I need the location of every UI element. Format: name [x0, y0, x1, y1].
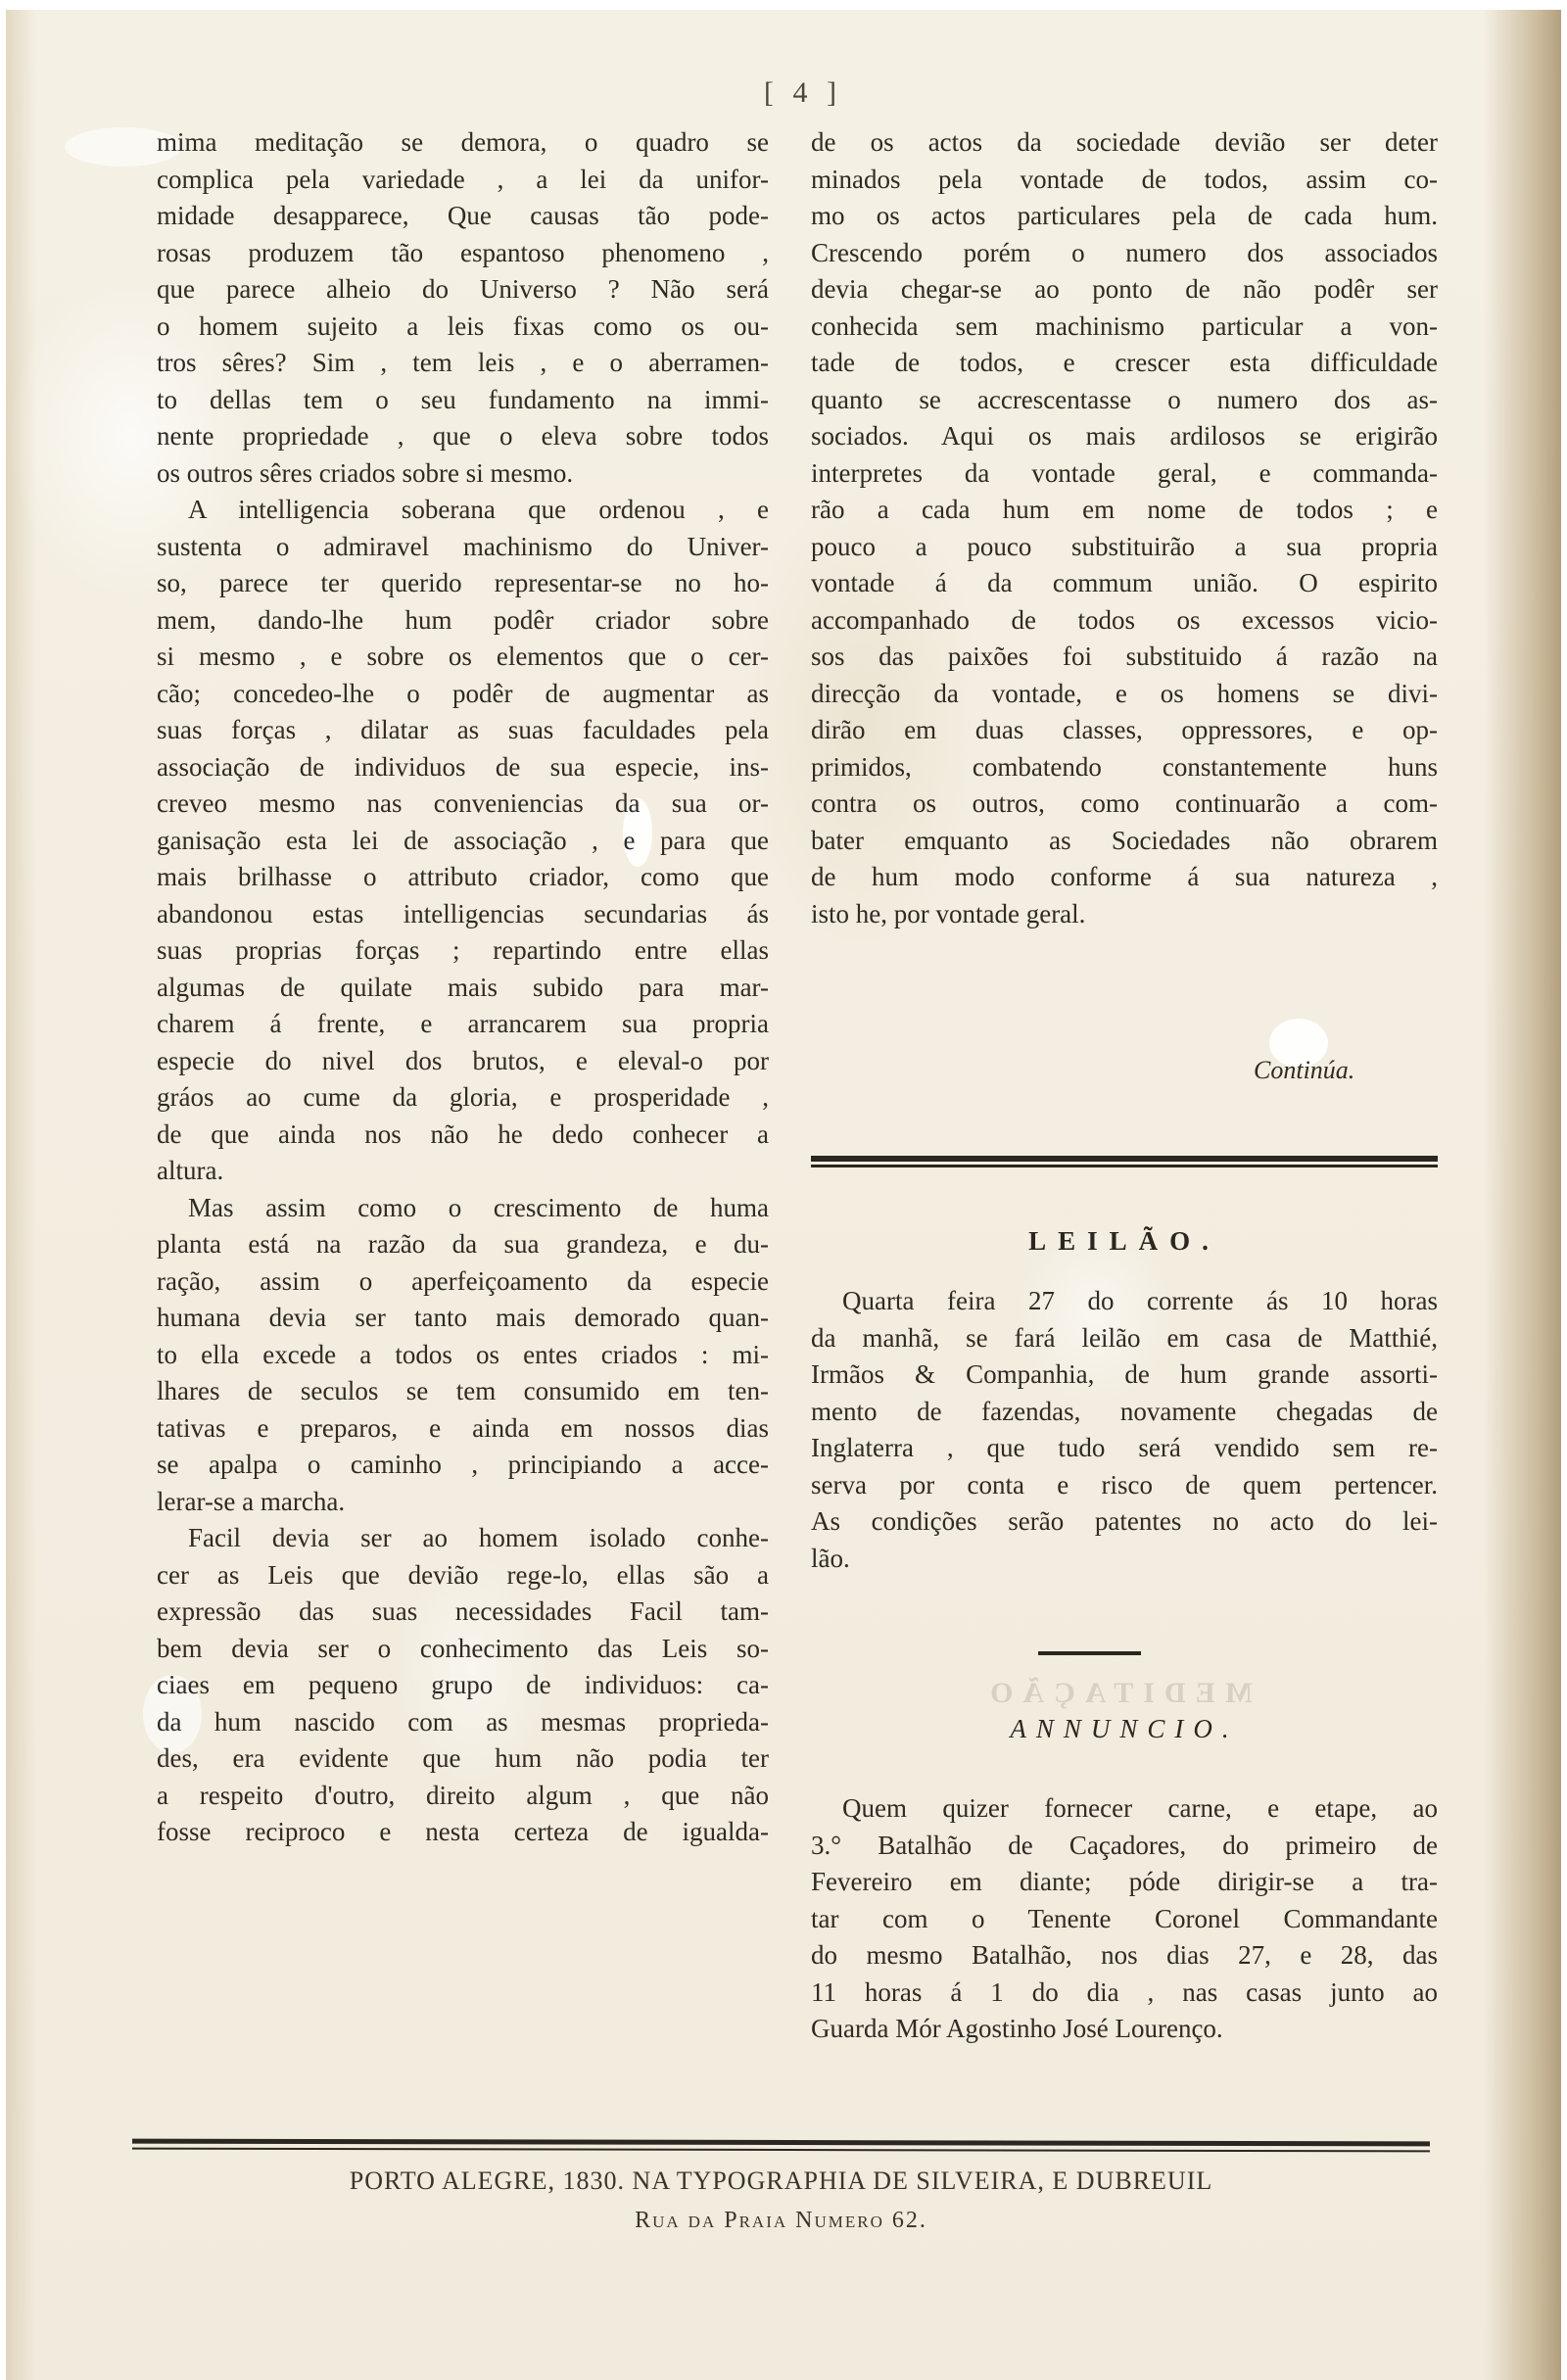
text-line: fosse reciproco e nesta certeza de igual… — [157, 1814, 769, 1851]
text-line: 11 horas á 1 do dia , nas casas junto ao — [811, 1975, 1438, 2012]
text-line: devia chegar-se ao ponto de não podêr se… — [811, 271, 1438, 309]
text-line: Quarta feira 27 do corrente ás 10 horas — [811, 1283, 1438, 1320]
bleedthrough-text: MEDITAÇÃO — [970, 1677, 1263, 1710]
text-line: da hum nascido com as mesmas proprieda- — [157, 1704, 769, 1741]
text-line: lerar-se a marcha. — [157, 1484, 769, 1521]
text-line: mem, dando-lhe hum podêr criador sobre — [157, 602, 769, 640]
text-line: altura. — [157, 1153, 769, 1190]
text-line: Irmãos & Companhia, de hum grande assort… — [811, 1357, 1438, 1394]
text-line: tade de todos, e crescer esta difficulda… — [811, 345, 1438, 382]
leilao-notice: Quarta feira 27 do corrente ás 10 horas … — [811, 1283, 1438, 1577]
text-line: bem devia ser o conhecimento das Leis so… — [157, 1631, 769, 1668]
text-line: Facil devia ser ao homem isolado conhe- — [157, 1520, 769, 1557]
text-line: Mas assim como o crescimento de huma — [157, 1190, 769, 1227]
text-line: gráos ao cume da gloria, e prosperidade … — [157, 1079, 769, 1117]
text-line: que parece alheio do Universo ? Não será — [157, 271, 769, 309]
text-line: 3.° Batalhão de Caçadores, do primeiro d… — [811, 1828, 1438, 1865]
text-line: de que ainda nos não he dedo conhecer a — [157, 1117, 769, 1154]
text-line: midade desapparece, Que causas tão pode- — [157, 198, 769, 235]
text-line: charem á frente, e arrancarem sua propri… — [157, 1006, 769, 1043]
text-line: creveo mesmo nas conveniencias da sua or… — [157, 785, 769, 823]
text-line: interpretes da vontade geral, e commanda… — [811, 455, 1438, 493]
annuncio-heading: ANNUNCIO. — [811, 1714, 1438, 1744]
text-line: Crescendo porém o numero dos associados — [811, 235, 1438, 272]
text-line: primidos, combatendo constantemente huns — [811, 749, 1438, 786]
text-line: ganisação esta lei de associação , e par… — [157, 823, 769, 860]
page-number: [ 4 ] — [764, 76, 842, 110]
text-line: pouco a pouco substituirão a sua propria — [811, 529, 1438, 566]
text-line: Fevereiro em diante; póde dirigir-se a t… — [811, 1864, 1438, 1901]
text-line: sos das paixões foi substituido á razão … — [811, 639, 1438, 676]
text-line: nente propriedade , que o eleva sobre to… — [157, 418, 769, 455]
text-line: do mesmo Batalhão, nos dias 27, e 28, da… — [811, 1937, 1438, 1975]
text-line: quanto se accrescentasse o numero dos as… — [811, 382, 1438, 419]
text-line: Quem quizer fornecer carne, e etape, ao — [811, 1790, 1438, 1828]
text-line: tativas e preparos, e ainda em nossos di… — [157, 1410, 769, 1448]
text-line: de hum modo conforme á sua natureza , — [811, 859, 1438, 896]
text-line: dirão em duas classes, oppressores, e op… — [811, 712, 1438, 749]
text-line: sustenta o admiravel machinismo do Unive… — [157, 529, 769, 566]
left-column-article: mima meditação se demora, o quadro se co… — [157, 124, 769, 1851]
text-line: a respeito d'outro, direito algum , que … — [157, 1778, 769, 1815]
text-line: o homem sujeito a leis fixas como os ou- — [157, 309, 769, 346]
text-line: rão a cada hum em nome de todos ; e — [811, 492, 1438, 529]
short-divider — [1038, 1651, 1141, 1655]
text-line: tar com o Tenente Coronel Commandante — [811, 1901, 1438, 1938]
text-line: de os actos da sociedade devião ser dete… — [811, 124, 1438, 162]
text-line: cão; concedeo-lhe o podêr de augmentar a… — [157, 676, 769, 713]
text-line: si mesmo , e sobre os elementos que o ce… — [157, 639, 769, 676]
text-line: vontade á da commum união. O espirito — [811, 565, 1438, 602]
text-line: accompanhado de todos os excessos vicio- — [811, 602, 1438, 640]
text-line: rosas produzem tão espantoso phenomeno , — [157, 235, 769, 272]
text-line: mima meditação se demora, o quadro se — [157, 124, 769, 162]
text-line: planta está na razão da sua grandeza, e … — [157, 1226, 769, 1263]
text-line: os outros sêres criados sobre si mesmo. — [157, 455, 769, 493]
text-line: des, era evidente que hum não podia ter — [157, 1740, 769, 1778]
text-line: ciaes em pequeno grupo de individuos: ca… — [157, 1667, 769, 1704]
text-line: Guarda Mór Agostinho José Lourenço. — [811, 2011, 1438, 2048]
text-line: da manhã, se fará leilão em casa de Matt… — [811, 1320, 1438, 1357]
leilao-heading: LEILÃO. — [811, 1226, 1438, 1257]
text-line: to dellas tem o seu fundamento na immi- — [157, 382, 769, 419]
text-line: tros sêres? Sim , tem leis , e o aberram… — [157, 345, 769, 382]
text-line: direcção da vontade, e os homens se divi… — [811, 676, 1438, 713]
text-line: cer as Leis que devião rege-lo, ellas sã… — [157, 1557, 769, 1595]
text-line: contra os outros, como continuarão a com… — [811, 785, 1438, 823]
continua-label: Continúa. — [1254, 1056, 1354, 1085]
article-paragraph: mima meditação se demora, o quadro se co… — [157, 124, 769, 492]
text-line: humana devia ser tanto mais demorado qua… — [157, 1300, 769, 1337]
article-paragraph: Facil devia ser ao homem isolado conhe- … — [157, 1520, 769, 1851]
text-line: ração, assim o aperfeiçoamento da especi… — [157, 1263, 769, 1301]
text-line: mo os actos particulares pela de cada hu… — [811, 198, 1438, 235]
text-line: se apalpa o caminho , principiando a acc… — [157, 1447, 769, 1484]
text-line: mento de fazendas, novamente chegadas de — [811, 1394, 1438, 1431]
text-line: As condições serão patentes no acto do l… — [811, 1503, 1438, 1541]
text-line: complica pela variedade , a lei da unifo… — [157, 162, 769, 199]
article-paragraph: Mas assim como o crescimento de huma pla… — [157, 1190, 769, 1521]
footer-divider — [132, 2140, 1430, 2154]
text-line: to ella excede a todos os entes criados … — [157, 1337, 769, 1374]
text-line: isto he, por vontade geral. — [811, 896, 1438, 933]
text-line: A intelligencia soberana que ordenou , e — [157, 492, 769, 529]
text-line: lão. — [811, 1541, 1438, 1578]
text-line: mais brilhasse o attributo criador, como… — [157, 859, 769, 896]
right-column-article: de os actos da sociedade devião ser dete… — [811, 124, 1438, 932]
text-line: suas forças , dilatar as suas faculdades… — [157, 712, 769, 749]
text-line: so, parece ter querido representar-se no… — [157, 565, 769, 602]
section-divider — [811, 1156, 1438, 1169]
text-line: algumas de quilate mais subido para mar- — [157, 970, 769, 1007]
text-line: serva por conta e risco de quem pertence… — [811, 1467, 1438, 1504]
printer-imprint: PORTO ALEGRE, 1830. NA TYPOGRAPHIA DE SI… — [132, 2166, 1430, 2196]
text-line: sociados. Aqui os mais ardilosos se erig… — [811, 418, 1438, 455]
printer-address: Rua da Praia Numero 62. — [132, 2208, 1430, 2234]
text-line: bater emquanto as Sociedades não obrarem — [811, 823, 1438, 860]
text-line: suas proprias forças ; repartindo entre … — [157, 932, 769, 970]
text-line: Inglaterra , que tudo será vendido sem r… — [811, 1430, 1438, 1467]
text-line: abandonou estas intelligencias secundari… — [157, 896, 769, 933]
text-line: minados pela vontade de todos, assim co- — [811, 162, 1438, 199]
text-line: expressão das suas necessidades Facil ta… — [157, 1594, 769, 1631]
text-line: conhecida sem machinismo particular a vo… — [811, 309, 1438, 346]
text-line: associação de individuos de sua especie,… — [157, 749, 769, 786]
annuncio-notice: Quem quizer fornecer carne, e etape, ao … — [811, 1790, 1438, 2048]
article-paragraph: A intelligencia soberana que ordenou , e… — [157, 492, 769, 1190]
text-line: especie do nivel dos brutos, e eleval-o … — [157, 1043, 769, 1080]
text-line: lhares de seculos se tem consumido em te… — [157, 1373, 769, 1410]
